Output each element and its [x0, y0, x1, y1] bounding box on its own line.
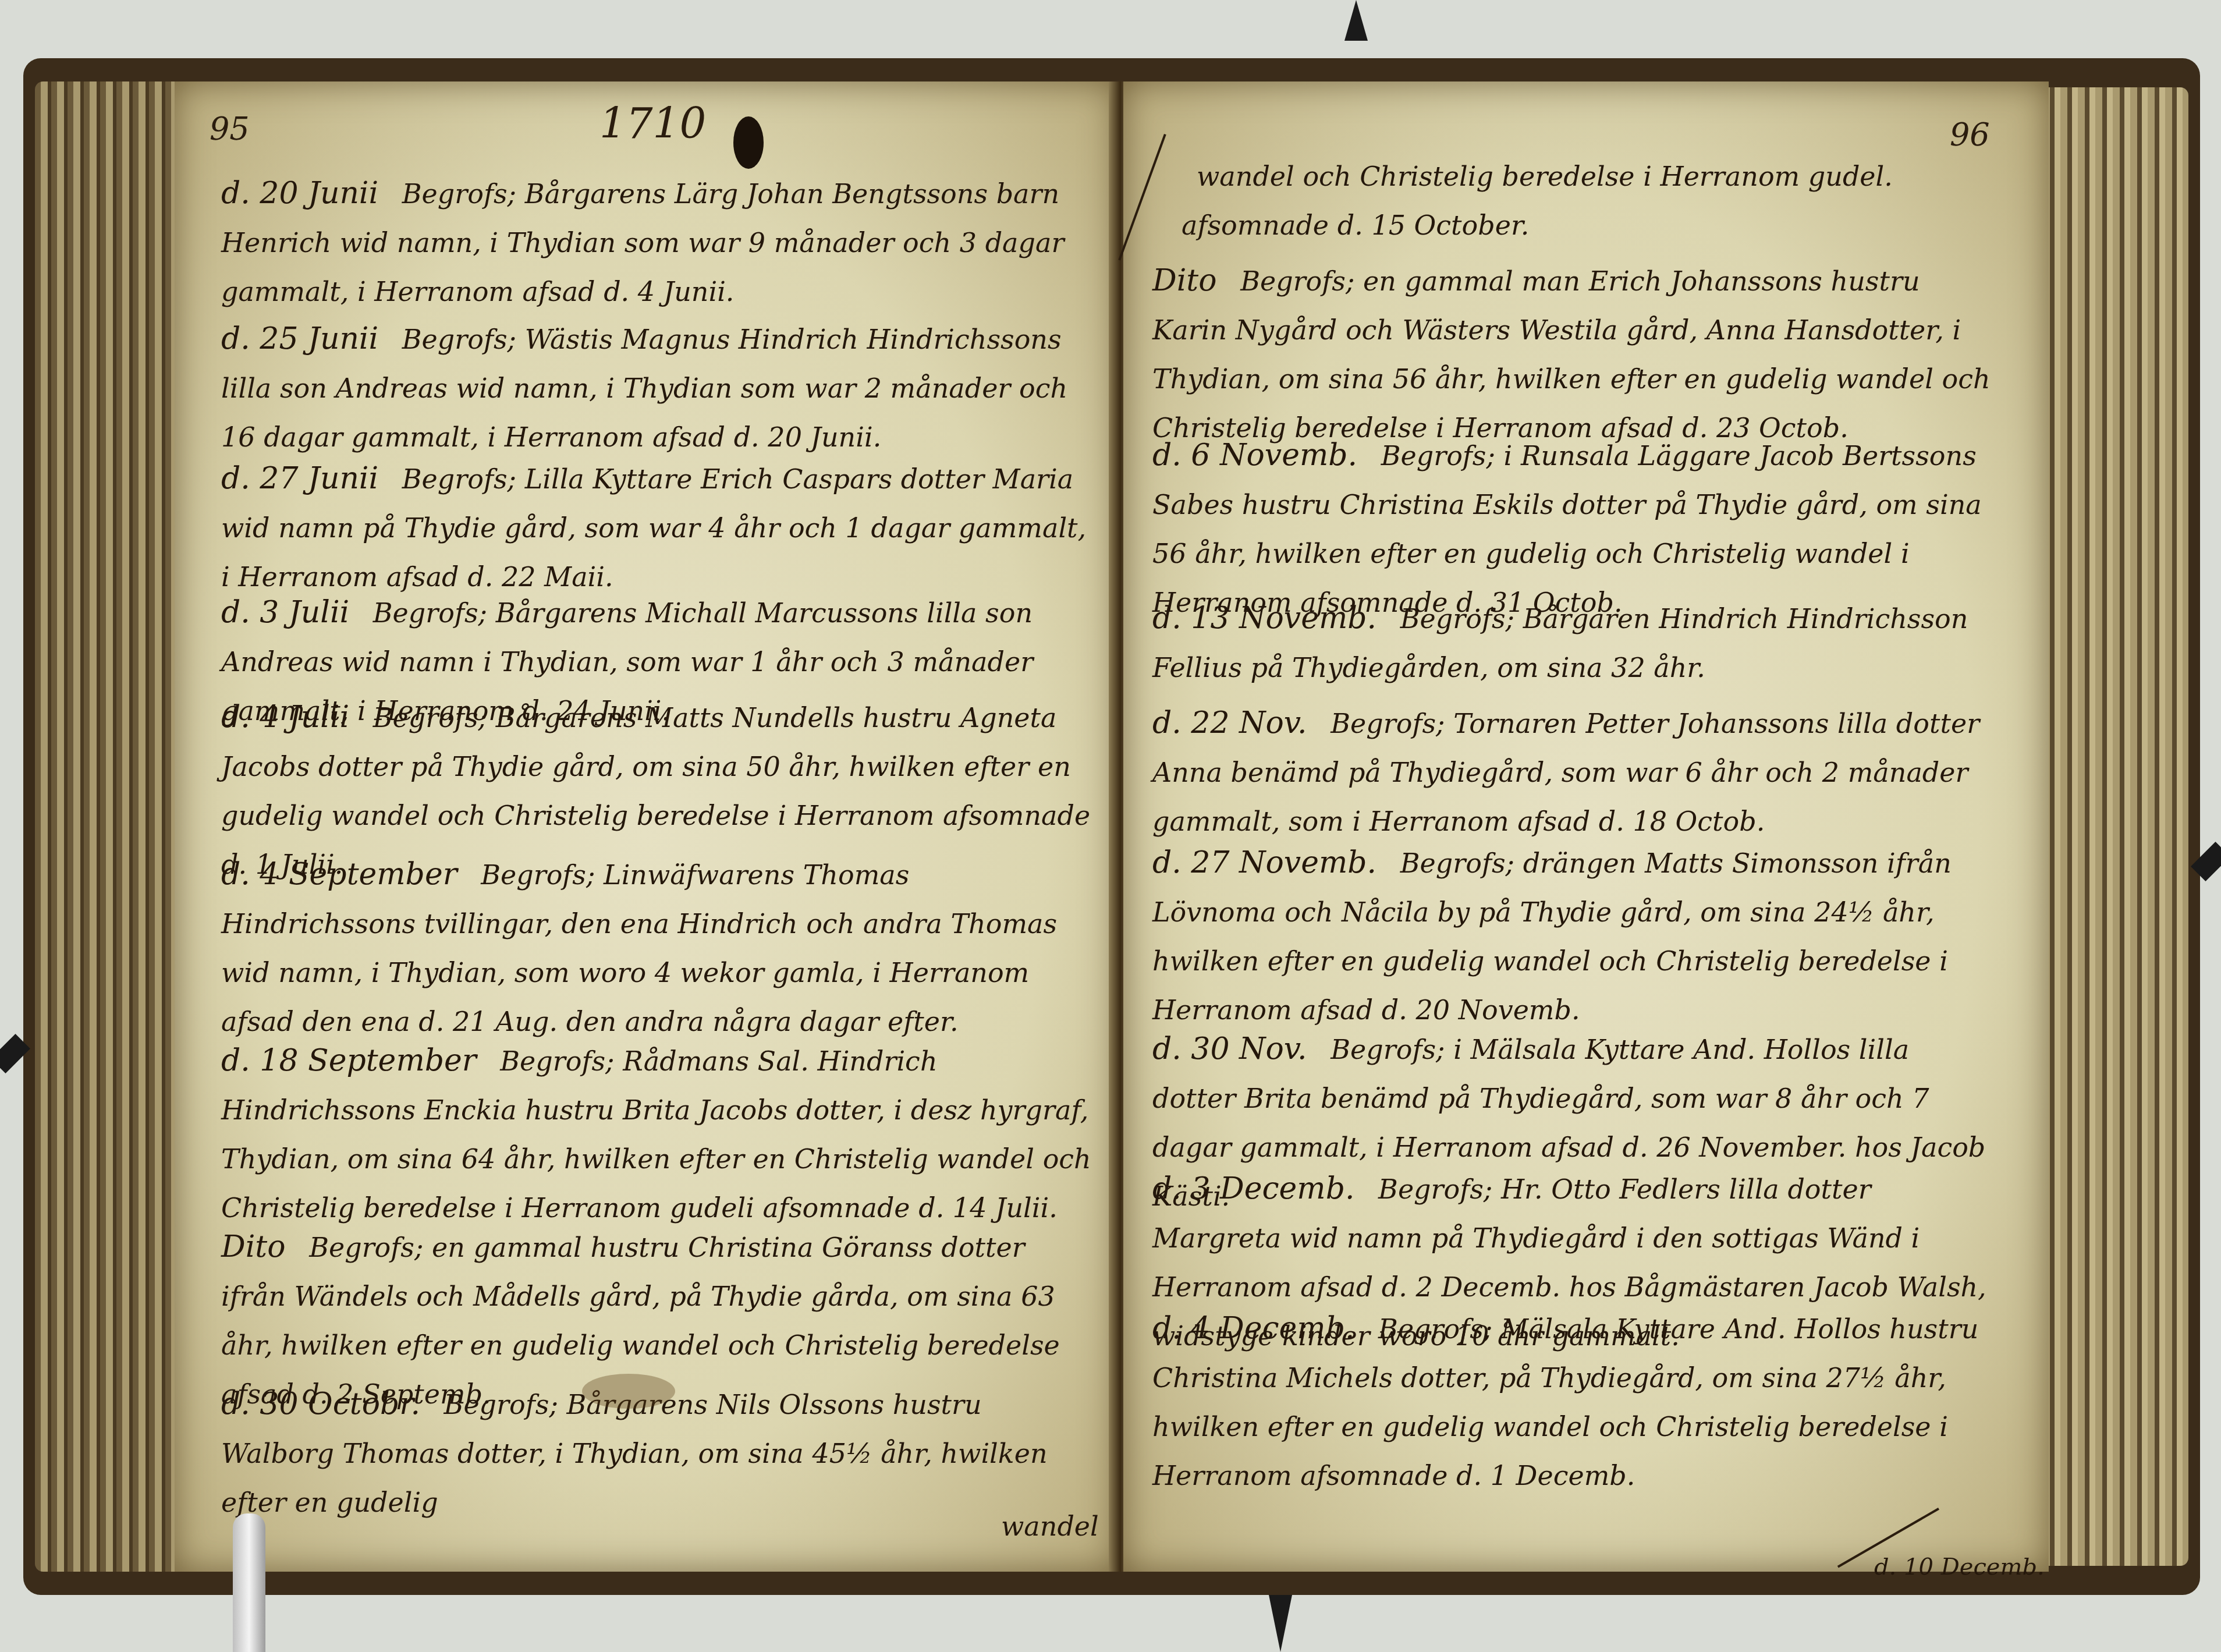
- ink-stain: [582, 1374, 675, 1409]
- ink-blot: [733, 116, 764, 169]
- burial-entry: d. 27 Junii Begrofs; Lilla Kyttare Erich…: [221, 454, 1094, 601]
- right-page: 96 wandel och Christelig beredelse i Her…: [1123, 81, 2049, 1572]
- catchword: d. 10 Decemb.: [1874, 1543, 2045, 1591]
- entry-date: d. 20 Junii: [221, 176, 378, 211]
- entry-date: d. 18 September: [221, 1043, 477, 1078]
- year-heading: 1710: [599, 99, 706, 148]
- entry-date: d. 30 Octobr.: [221, 1387, 420, 1421]
- entry-date: d. 30 Nov.: [1152, 1031, 1307, 1066]
- burial-entry: d. 18 September Begrofs; Rådmans Sal. Hi…: [221, 1036, 1094, 1232]
- entry-date: d. 22 Nov.: [1152, 706, 1307, 740]
- page-number: 95: [210, 111, 250, 147]
- left-page: 95 1710 d. 20 Junii Begrofs; Bårgarens L…: [175, 81, 1117, 1572]
- page-number: 96: [1950, 116, 1990, 153]
- entry-date: d. 4 September: [221, 857, 457, 892]
- entry-date: Dito: [221, 1229, 286, 1264]
- burial-entry: d. 22 Nov. Begrofs; Tornaren Petter Joha…: [1152, 699, 1996, 846]
- burial-entry: d. 20 Junii Begrofs; Bårgarens Lärg Joha…: [221, 169, 1094, 316]
- catchword: wandel: [1001, 1502, 1099, 1551]
- burial-entry: d. 4 Decemb. Begrofs; Mälsala Kyttare An…: [1152, 1304, 1996, 1500]
- bookmark-tab-bottom: [1269, 1595, 1292, 1652]
- burial-entry: d. 25 Junii Begrofs; Wästis Magnus Hindr…: [221, 314, 1094, 462]
- burial-entry: Dito Begrofs; en gammal man Erich Johans…: [1152, 256, 1996, 452]
- entry-date: d. 27 Novemb.: [1152, 845, 1376, 880]
- entry-date: d. 4 Julii: [221, 700, 349, 735]
- entry-text: Begrofs; en gammal man Erich Johanssons …: [1152, 265, 1991, 444]
- page-holder-stick: [233, 1513, 265, 1652]
- burial-entry: d. 27 Novemb. Begrofs; drängen Matts Sim…: [1152, 838, 1996, 1034]
- entry-date: d. 27 Junii: [221, 461, 378, 496]
- entry-date: d. 3 Julii: [221, 595, 349, 630]
- entry-date: d. 13 Novemb.: [1152, 601, 1376, 636]
- burial-entry: d. 13 Novemb. Begrofs; Bårgaren Hindrich…: [1152, 594, 1996, 692]
- entry-date: d. 25 Junii: [221, 321, 378, 356]
- right-page-edges: [2025, 87, 2188, 1566]
- entry-text: wandel och Christelig beredelse i Herran…: [1182, 161, 1893, 241]
- burial-entry: wandel och Christelig beredelse i Herran…: [1182, 151, 1996, 250]
- bookmark-tab-top: [1344, 0, 1368, 41]
- entry-date: d. 6 Novemb.: [1152, 438, 1357, 473]
- margin-flourish: [1118, 134, 1166, 260]
- entry-date: d. 3 Decemb.: [1152, 1171, 1354, 1206]
- entry-date: d. 4 Decemb.: [1152, 1311, 1354, 1346]
- entry-date: Dito: [1152, 263, 1217, 298]
- burial-entry: d. 4 September Begrofs; Linwäfwarens Tho…: [221, 850, 1094, 1046]
